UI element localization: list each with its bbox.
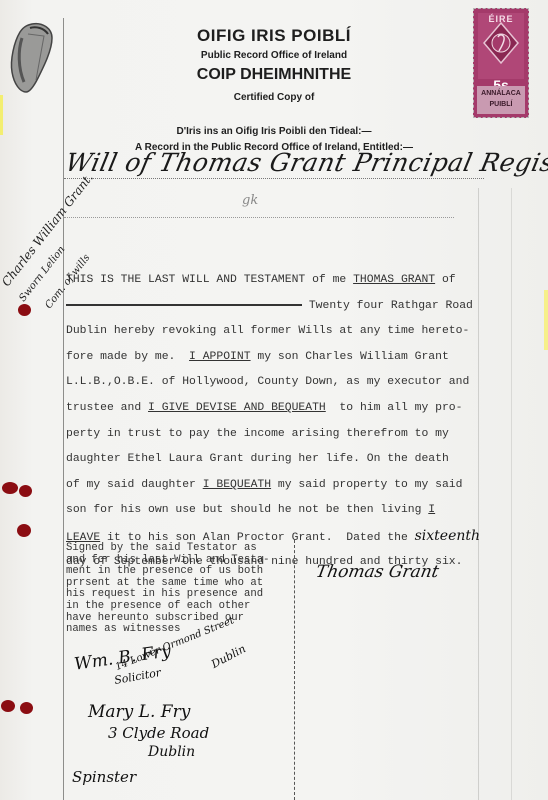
blank-rule — [66, 304, 302, 306]
wax-seal — [19, 485, 32, 497]
testator-name: THOMAS GRANT — [353, 274, 435, 286]
will-line: daughter Ethel Laura Grant during her li… — [66, 447, 480, 473]
wax-seal — [17, 524, 31, 537]
wax-seal — [18, 304, 31, 316]
witness2-signature: Mary L. Fry — [88, 702, 190, 722]
certified-copy-english: Certified Copy of — [64, 92, 484, 103]
scan-edge-highlight — [0, 95, 3, 135]
will-body: THIS IS THE LAST WILL AND TESTAMENT of m… — [66, 268, 480, 575]
reference-mark: gk — [242, 193, 258, 208]
will-line: son for his own use but should he not be… — [66, 498, 480, 524]
handwritten-date: sixteenth — [415, 528, 480, 544]
witness2-occupation: Spinster — [72, 768, 136, 786]
margin-rule-right-outer — [511, 188, 512, 800]
attestation-line: Signed by the said Testator as — [66, 543, 284, 555]
will-line: L.L.B.,O.B.E. of Hollywood, County Down,… — [66, 370, 480, 396]
attestation-bracket — [288, 540, 295, 800]
will-line: of my said daughter I BEQUEATH my said p… — [66, 473, 480, 499]
will-line: perty in trust to pay the income arising… — [66, 422, 480, 448]
stamp-caption: ANNÁLACA PUIBLÍ — [477, 86, 525, 114]
handwritten-record-title: Will of Thomas Grant Principal Registry … — [63, 148, 548, 177]
testator-signature: Thomas Grant — [314, 562, 440, 582]
wax-seal — [2, 482, 18, 494]
witness2-city: Dublin — [148, 744, 195, 760]
will-line: Dublin hereby revoking all former Wills … — [66, 319, 480, 345]
attestation-line: in the presence of each other — [66, 601, 284, 613]
witness2-address: 3 Clyde Road — [108, 724, 209, 742]
office-title-irish: OIFIG IRIS POIBLÍ — [64, 26, 484, 46]
record-heading-irish: D'Iris ins an Oifig Iris Poibli den Tide… — [64, 126, 484, 137]
attestation-clause: Signed by the said Testator as and for h… — [66, 543, 284, 636]
wax-seal — [20, 702, 33, 714]
stamp-caption-line2: PUIBLÍ — [477, 99, 525, 110]
office-title-english: Public Record Office of Ireland — [64, 50, 484, 61]
stamp-country: ÉIRE — [474, 14, 528, 24]
harp-emblem-icon — [8, 20, 56, 96]
will-line: fore made by me. I APPOINT my son Charle… — [66, 345, 480, 371]
scan-edge-highlight-right — [544, 290, 548, 350]
will-line: Twenty four Rathgar Road — [66, 294, 480, 320]
stamp-caption-line1: ANNÁLACA — [477, 88, 525, 99]
attestation-line: names as witnesses — [66, 624, 284, 636]
title-dotted-line — [64, 178, 484, 179]
wax-seal — [1, 700, 15, 712]
will-line: THIS IS THE LAST WILL AND TESTAMENT of m… — [66, 268, 480, 294]
certified-copy-irish: COIP DHEIMHNITHE — [64, 66, 484, 84]
will-line: trustee and I GIVE DEVISE AND BEQUEATH t… — [66, 396, 480, 422]
